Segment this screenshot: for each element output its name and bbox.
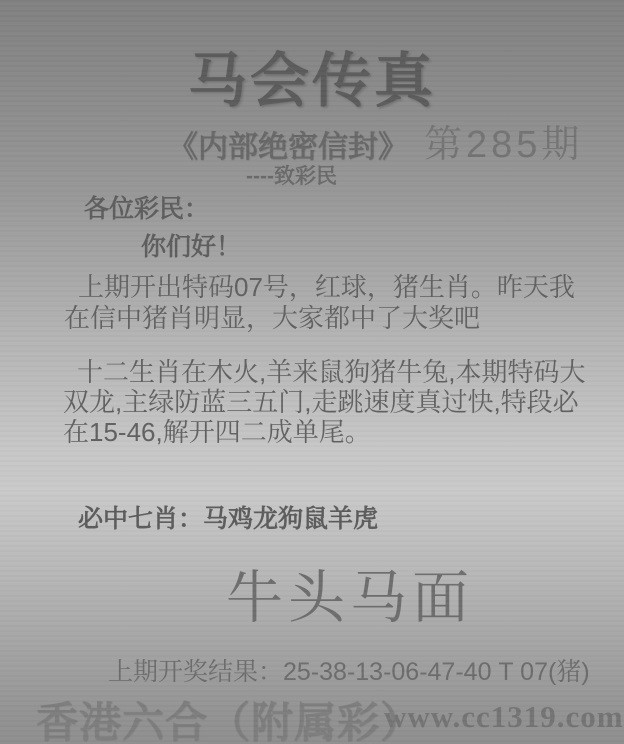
paragraph-line: 上期开出特码07号，红球，猪生肖。昨天我 (64, 272, 575, 303)
page-title: 马会传真 (0, 33, 624, 118)
paragraph-line: 双龙,主绿防蓝三五门,走跳速度真过快,特段必 (63, 387, 585, 417)
paragraph-line: 十二生肖在木火,羊来鼠狗猪牛兔,本期特码大 (63, 357, 585, 387)
paragraph-forecast: 十二生肖在木火,羊来鼠狗猪牛兔,本期特码大 双龙,主绿防蓝三五门,走跳速度真过快… (63, 357, 585, 447)
last-result-line: 上期开奖结果：25-38-13-06-47-40 T 07(猪) (108, 652, 590, 688)
footer-url: www.cc1319.com (384, 699, 624, 735)
issue-number: 第285期 (424, 113, 583, 168)
greeting: 你们好！ (141, 227, 241, 263)
salutation: 各位彩民： (84, 189, 209, 225)
paragraph-line: 在15-46,解开四二成单尾。 (63, 417, 585, 447)
envelope-row: 《内部绝密信封》 第285期 (168, 113, 583, 168)
footer-brand: 香港六合（附属彩） (36, 690, 423, 744)
paragraph-last-draw: 上期开出特码07号，红球，猪生肖。昨天我 在信中猪肖明显，大家都中了大奖吧 (64, 272, 575, 334)
big-phrase: 牛头马面 (226, 552, 474, 634)
seven-xiao-line: 必中七肖：马鸡龙狗鼠羊虎 (78, 499, 378, 535)
paragraph-line: 在信中猪肖明显，大家都中了大奖吧 (64, 303, 575, 334)
dedication-line: ----致彩民 (246, 160, 337, 190)
fax-sheet: 马会传真 《内部绝密信封》 第285期 ----致彩民 各位彩民： 你们好！ 上… (0, 0, 624, 744)
